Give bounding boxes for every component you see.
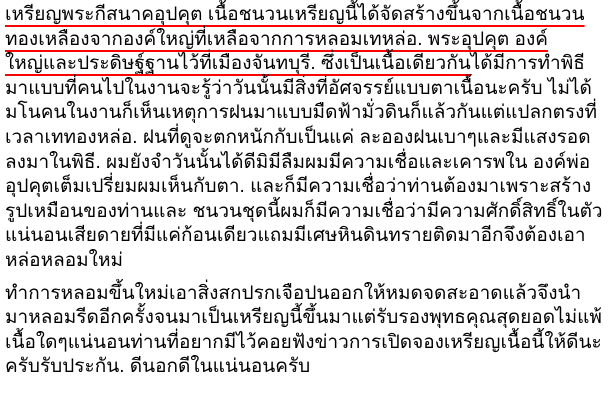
text-line: เนื้อใดๆแน่นอนท่านที่อยากมีไว้คอยฟังข่าว… (5, 331, 605, 356)
text-line: เวลาเททองหล่อ. ฝนที่ดูจะตกหนักกับเป็นแค่… (5, 126, 605, 151)
red-underlined-text: ใหญ่และประดิษฐ์ฐานไว้ที่เมืองจันทบุรี. ซ… (5, 53, 471, 74)
plain-text: ทำการหลอมขึ้นใหม่เอาสิ่งสกปรกเจือปนออกให… (5, 283, 581, 304)
text-line: ครับรับประกัน. ดีนอกดีในแน่นอนครับ (5, 355, 605, 380)
text-line: ทองเหลืองจากองค์ใหญ่ที่เหลือจากการหลอมเท… (5, 28, 605, 53)
text-line: รูปเหมือนของท่านและ ชนวนชุดนี้ผมก็มีความ… (5, 200, 605, 225)
text-line: หล่อหลอมใหม่ (5, 249, 605, 274)
text-line: เหรียญพระกีสนาคอุปคุต เนื้อชนวนเหรียญนี้… (5, 3, 605, 28)
text-line: อุปคุตเต็มเปรี่ยมผมเห็นกับตา. และก็มีควา… (5, 175, 605, 200)
text-line: มาหลอมรีดอีกครั้งจนมาเป็นเหรียญนี้ขึ้นมา… (5, 306, 605, 331)
plain-text: แน่นอนเสียดายที่มีแค่ก้อนเดียวแถมมีเศษหิ… (5, 225, 586, 246)
plain-text: มโนคนในงานก็เห็นเหตุการฝนมาแบบมืดฟ้ามั่ว… (5, 102, 597, 123)
text-line: มโนคนในงานก็เห็นเหตุการฝนมาแบบมืดฟ้ามั่ว… (5, 101, 605, 126)
plain-text: ลงมาในพิธี. ผมยังจำวันนั้นได้ดีมิมีลืมผม… (5, 152, 590, 173)
paragraph: ทำการหลอมขึ้นใหม่เอาสิ่งสกปรกเจือปนออกให… (5, 282, 605, 380)
plain-text: อุปคุตเต็มเปรี่ยมผมเห็นกับตา. และก็มีควา… (5, 176, 591, 197)
document-body: เหรียญพระกีสนาคอุปคุต เนื้อชนวนเหรียญนี้… (0, 0, 609, 380)
text-line: ลงมาในพิธี. ผมยังจำวันนั้นได้ดีมิมีลืมผม… (5, 151, 605, 176)
red-underlined-text: เหรียญพระกีสนาคอุปคุต เนื้อชนวนเหรียญนี้… (5, 4, 585, 25)
red-underlined-text: ทองเหลืองจากองค์ใหญ่ที่เหลือจากการหลอมเท… (5, 29, 548, 50)
text-line: มาแบบที่คนไปในงานจะรู้ว่าวันนั้นมีสิ่งที… (5, 77, 605, 102)
plain-text: ได้มีการทำพิธี (471, 53, 585, 74)
plain-text: ครับรับประกัน. ดีนอกดีในแน่นอนครับ (5, 356, 310, 377)
text-line: ทำการหลอมขึ้นใหม่เอาสิ่งสกปรกเจือปนออกให… (5, 282, 605, 307)
paragraph: เหรียญพระกีสนาคอุปคุต เนื้อชนวนเหรียญนี้… (5, 3, 605, 274)
plain-text: หล่อหลอมใหม่ (5, 250, 123, 271)
text-line: แน่นอนเสียดายที่มีแค่ก้อนเดียวแถมมีเศษหิ… (5, 224, 605, 249)
plain-text: มาแบบที่คนไปในงานจะรู้ว่าวันนั้นมีสิ่งที… (5, 78, 592, 99)
plain-text: เวลาเททองหล่อ. ฝนที่ดูจะตกหนักกับเป็นแค่… (5, 127, 591, 148)
plain-text: มาหลอมรีดอีกครั้งจนมาเป็นเหรียญนี้ขึ้นมา… (5, 307, 602, 328)
text-line: ใหญ่และประดิษฐ์ฐานไว้ที่เมืองจันทบุรี. ซ… (5, 52, 605, 77)
plain-text: เนื้อใดๆแน่นอนท่านที่อยากมีไว้คอยฟังข่าว… (5, 332, 602, 353)
plain-text: รูปเหมือนของท่านและ ชนวนชุดนี้ผมก็มีความ… (5, 201, 603, 222)
